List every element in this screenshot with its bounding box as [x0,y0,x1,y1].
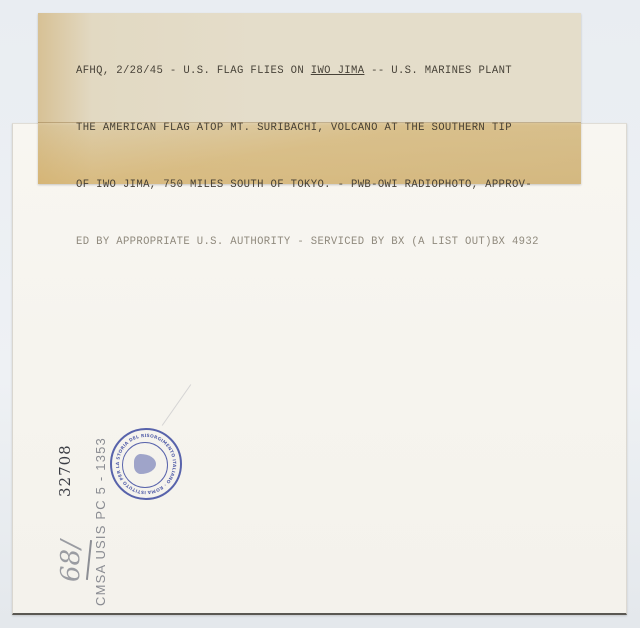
pencil-reference-note: CMSA USIS PC 5 - 1353 [93,437,108,606]
caption-slip: AFHQ, 2/28/45 - U.S. FLAG FLIES ON IWO J… [38,13,581,184]
caption-line-1-end: -- U.S. MARINES PLANT [364,65,512,77]
pencil-handwritten-mark: 68/ [56,540,86,582]
caption-line-1-start: AFHQ, 2/28/45 - U.S. FLAG FLIES ON [76,65,311,77]
caption-line-1: AFHQ, 2/28/45 - U.S. FLAG FLIES ON IWO J… [76,62,539,81]
caption-text: AFHQ, 2/28/45 - U.S. FLAG FLIES ON IWO J… [76,24,539,290]
caption-line-2: THE AMERICAN FLAG ATOP MT. SURIBACHI, VO… [76,119,539,138]
caption-line-3: OF IWO JIMA, 750 MILES SOUTH OF TOKYO. -… [76,176,539,195]
caption-location-underlined: IWO JIMA [311,65,365,77]
archive-stamp: ISTITUTO PER LA STORIA DEL RISORGIMENTO … [110,428,182,500]
caption-line-4: ED BY APPROPRIATE U.S. AUTHORITY - SERVI… [76,233,539,252]
archive-number: 32708 [56,444,74,497]
